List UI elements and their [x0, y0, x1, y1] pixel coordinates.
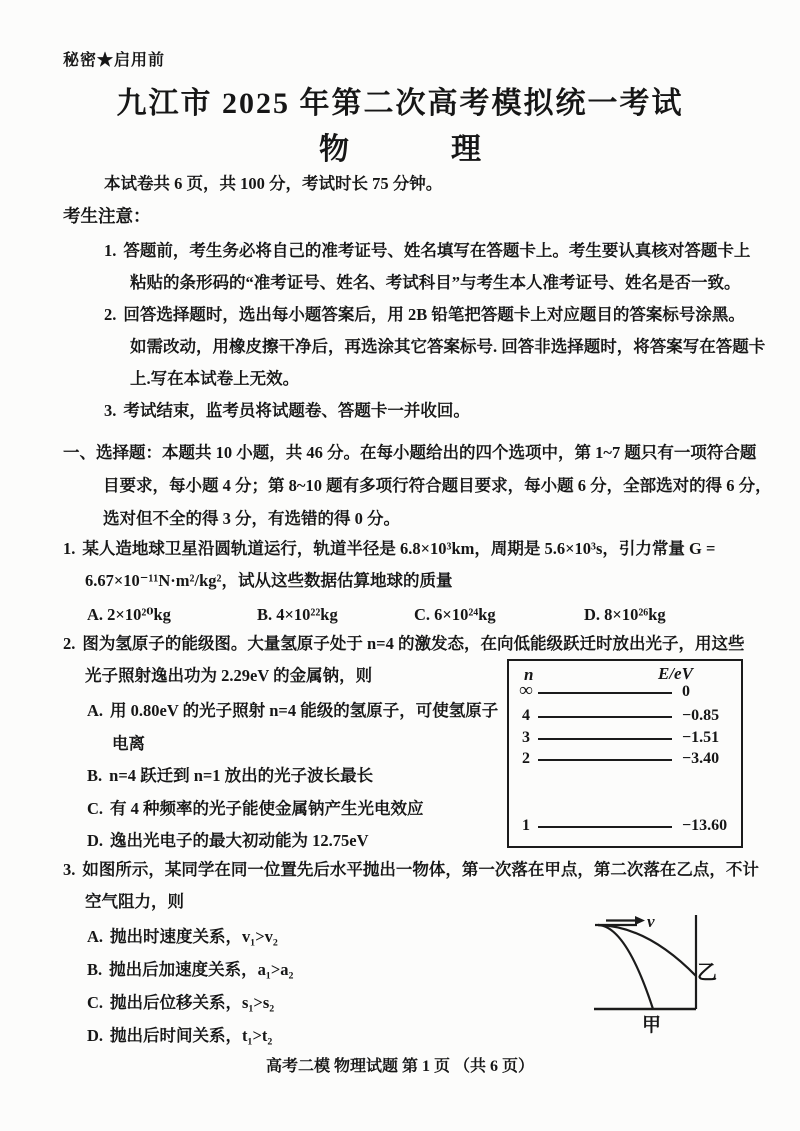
option-label: C. — [87, 799, 103, 818]
projectile-figure-svg: v — [589, 903, 751, 1045]
option-c: C. 6×10²⁴kg — [414, 599, 584, 631]
notice-item-number: 3. — [104, 401, 116, 420]
question-1-options: A. 2×10²⁰kgB. 4×10²²kgC. 6×10²⁴kgD. 8×10… — [87, 599, 769, 631]
option-c: C.有 4 种频率的光子能使金属钠产生光电效应 — [87, 793, 539, 826]
velocity-label: v — [647, 912, 655, 931]
level-line — [538, 826, 672, 828]
energy-level-2: 2 −3.40 — [509, 750, 741, 770]
option-label: A. — [87, 927, 103, 946]
option-text: 抛出时速度关系，v₁>v₂ — [110, 927, 278, 946]
notice-list: 1.答题前，考生务必将自己的准考证号、姓名填写在答题卡上。考生要认真核对答题卡上… — [104, 235, 776, 427]
notice-item-number: 1. — [104, 241, 116, 260]
security-label: 秘密★启用前 — [63, 47, 165, 70]
level-line — [538, 716, 672, 718]
notice-item-text: 考试结束，监考员将试题卷、答题卡一并收回。 — [123, 401, 470, 420]
energy-level-1: 1 −13.60 — [509, 817, 741, 837]
option-text: 抛出后时间关系，t₁>t₂ — [110, 1026, 272, 1045]
option-text: 有 4 种频率的光子能使金属钠产生光电效应 — [110, 799, 424, 818]
exam-page: 秘密★启用前 九江市 2025 年第二次高考模拟统一考试 物理 本试卷共 6 页… — [0, 0, 800, 1131]
question-stem-text: 某人造地球卫星沿圆轨道运行，轨道半径是 6.8×10³km，周期是 5.6×10… — [82, 539, 715, 590]
notice-item-text: 答题前，考生务必将自己的准考证号、姓名填写在答题卡上。考生要认真核对答题卡上 粘… — [123, 241, 750, 292]
section-1-heading: 一、选择题：本题共 10 小题，共 46 分。在每小题给出的四个选项中，第 1~… — [63, 436, 800, 535]
projectile-diagram: v 乙 甲 — [589, 903, 751, 1045]
option-text: n=4 跃迁到 n=1 放出的光子波长最长 — [109, 766, 373, 785]
level-line — [538, 692, 672, 694]
column-header-energy: E/eV — [658, 664, 693, 684]
option-d: D. 8×10²⁶kg — [584, 599, 666, 631]
notice-item-number: 2. — [104, 305, 116, 324]
notice-item-2: 2.回答选择题时，选出每小题答案后，用 2B 铅笔把答题卡上对应题目的答案标号涂… — [104, 299, 776, 395]
subject-text: 物理 — [319, 133, 583, 166]
level-n-label: 1 — [515, 817, 537, 835]
wall-point-label: 乙 — [697, 956, 717, 985]
question-1: 1.某人造地球卫星沿圆轨道运行，轨道半径是 6.8×10³km，周期是 5.6×… — [63, 533, 769, 631]
option-a: A.用 0.80eV 的光子照射 n=4 能级的氢原子，可使氢原子 电离 — [87, 695, 539, 760]
option-text: 逸出光电子的最大初动能为 12.75eV — [110, 831, 369, 850]
option-text: 抛出后位移关系，s₁>s₂ — [110, 993, 274, 1012]
notice-item-3: 3.考试结束，监考员将试题卷、答题卡一并收回。 — [104, 395, 776, 427]
level-line — [538, 759, 672, 761]
exam-title: 九江市 2025 年第二次高考模拟统一考试 — [0, 78, 800, 122]
notice-item-1: 1.答题前，考生务必将自己的准考证号、姓名填写在答题卡上。考生要认真核对答题卡上… — [104, 235, 776, 299]
level-energy-value: −1.51 — [682, 729, 719, 747]
option-d: D.逸出光电子的最大初动能为 12.75eV — [87, 825, 539, 858]
exam-info-line: 本试卷共 6 页，共 100 分，考试时长 75 分钟。 — [104, 170, 442, 194]
question-number: 3. — [63, 860, 75, 879]
option-label: A. — [87, 701, 103, 720]
notice-item-text: 回答选择题时，选出每小题答案后，用 2B 铅笔把答题卡上对应题目的答案标号涂黑。… — [123, 305, 765, 388]
level-energy-value: −3.40 — [682, 750, 719, 768]
level-line — [538, 738, 672, 740]
energy-level-diagram: n E/eV ∞ 0 4 −0.85 3 −1.51 2 −3.40 1 −13… — [507, 659, 743, 848]
level-n-label: 4 — [515, 707, 537, 725]
question-1-stem: 1.某人造地球卫星沿圆轨道运行，轨道半径是 6.8×10³km，周期是 5.6×… — [63, 533, 769, 597]
option-label: C. — [87, 993, 103, 1012]
option-label: B. — [87, 766, 102, 785]
level-n-label: 3 — [515, 729, 537, 747]
subject-title: 物理 — [0, 124, 800, 168]
question-number: 2. — [63, 634, 75, 653]
trajectory-2 — [598, 925, 696, 976]
option-b: B.n=4 跃迁到 n=1 放出的光子波长最长 — [87, 760, 539, 793]
page-footer: 高考二模 物理试题 第 1 页 （共 6 页） — [0, 1053, 800, 1076]
level-n-label: 2 — [515, 750, 537, 768]
energy-level-infinity: ∞ 0 — [509, 683, 741, 703]
level-energy-value: −0.85 — [682, 707, 719, 725]
option-b: B. 4×10²²kg — [257, 599, 414, 631]
level-n-label: ∞ — [515, 680, 537, 702]
option-label: D. — [87, 1026, 103, 1045]
velocity-arrow-head — [635, 916, 645, 925]
level-energy-value: −13.60 — [682, 817, 727, 835]
option-label: D. — [87, 831, 103, 850]
option-a: A. 2×10²⁰kg — [87, 599, 257, 631]
question-2-options: A.用 0.80eV 的光子照射 n=4 能级的氢原子，可使氢原子 电离 B.n… — [87, 695, 539, 858]
option-text: 抛出后加速度关系，a₁>a₂ — [109, 960, 293, 979]
option-text: 用 0.80eV 的光子照射 n=4 能级的氢原子，可使氢原子 电离 — [110, 701, 498, 753]
notice-heading: 考生注意： — [63, 203, 151, 228]
option-label: B. — [87, 960, 102, 979]
question-number: 1. — [63, 539, 75, 558]
energy-level-4: 4 −0.85 — [509, 707, 741, 727]
energy-level-3: 3 −1.51 — [509, 729, 741, 749]
ground-point-label: 甲 — [642, 1010, 661, 1037]
level-energy-value: 0 — [682, 683, 690, 701]
